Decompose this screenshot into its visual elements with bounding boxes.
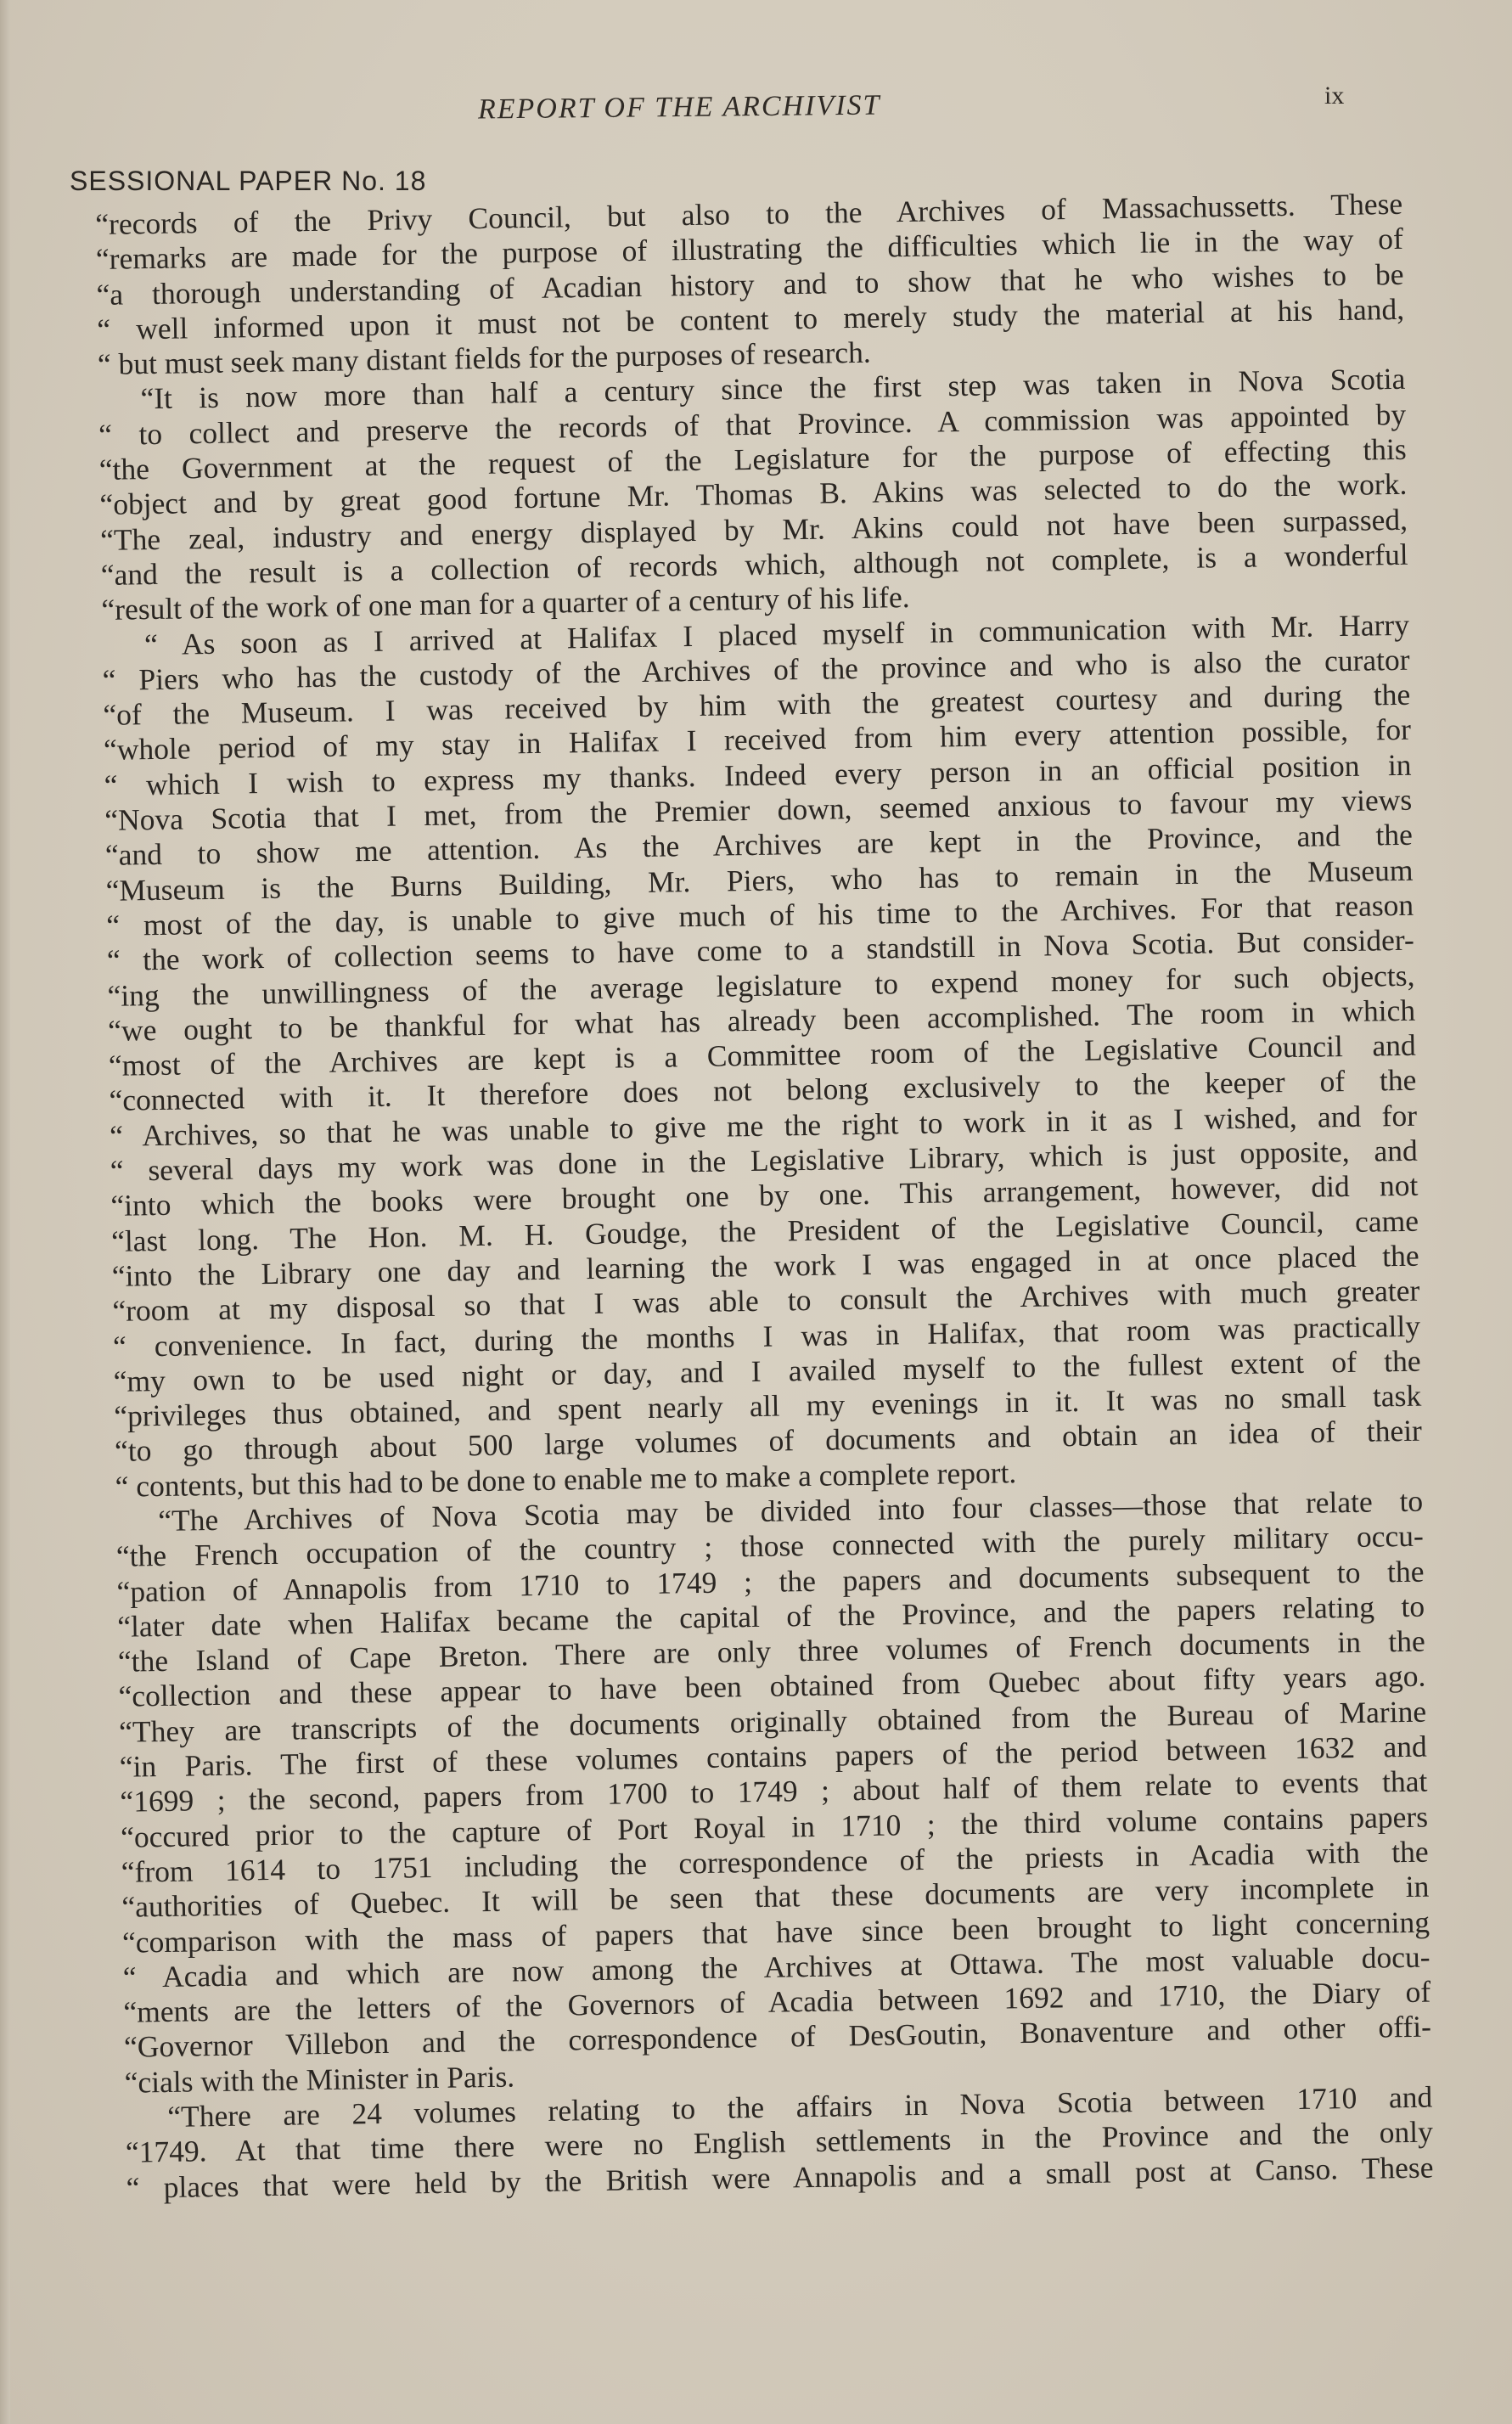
scanned-page: REPORT OF THE ARCHIVIST ix SESSIONAL PAP… (0, 0, 1512, 2424)
body-text: “records of the Privy Council, but also … (95, 187, 1434, 2206)
running-title: REPORT OF THE ARCHIVIST (0, 92, 1512, 124)
page-binding-edge (0, 0, 10, 2424)
page-number: ix (1324, 82, 1344, 110)
running-title-text: REPORT OF THE ARCHIVIST (478, 90, 881, 127)
sessional-paper-label: SESSIONAL PAPER No. 18 (70, 166, 426, 197)
